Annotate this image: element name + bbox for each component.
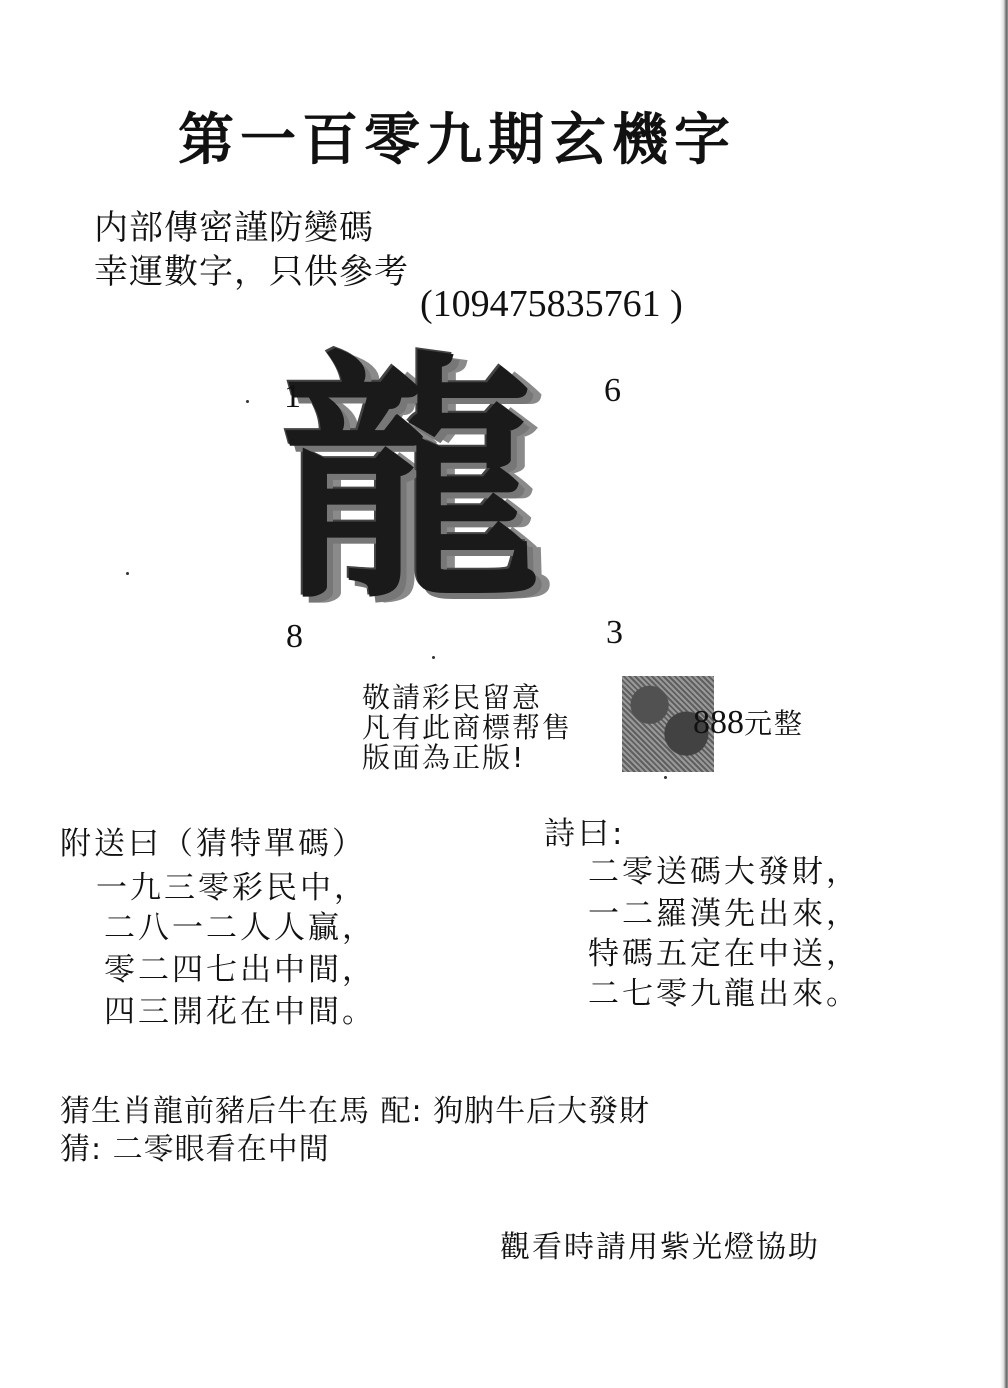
poem-line: 一二羅漢先出來， (588, 888, 860, 933)
footer-note: 觀看時請用紫光燈協助 (500, 1222, 820, 1266)
poem-line: 特碼五定在中送， (588, 928, 860, 973)
scan-speck (246, 400, 249, 403)
corner-number-top-right: 6 (604, 372, 621, 410)
scan-speck (126, 572, 129, 575)
poem-line: 二七零九龍出來。 (588, 968, 860, 1013)
scan-edge-shadow (1000, 0, 1008, 1388)
gift-verse-line: 四三開花在中間。 (104, 986, 376, 1031)
price-amount: 888 (693, 704, 744, 741)
intro-line-1: 内部傳密謹防變碼 (94, 200, 374, 249)
notice-line-3: 版面為正版! (362, 736, 525, 776)
poem-line: 二零送碼大發財， (588, 846, 860, 891)
intro-line-2: 幸運數字，只供參考 (94, 244, 409, 293)
notice-price: 888元整 (693, 702, 804, 742)
corner-number-bottom-right: 3 (606, 614, 623, 652)
guess-line-2: 猜: 二零眼看在中間 (60, 1124, 330, 1168)
dragon-char: 龍 (280, 352, 540, 612)
gift-verse-heading: 附送曰（猜特單碼） (60, 818, 366, 863)
price-suffix: 元整 (744, 707, 804, 740)
gift-verse-line: 二八一二人人贏， (104, 902, 376, 947)
corner-number-top-left: 1 (284, 378, 301, 416)
dragon-figure: 龍 龍 (270, 370, 610, 640)
corner-number-bottom-left: 8 (286, 618, 303, 656)
gift-verse-line: 一九三零彩民中， (96, 862, 368, 907)
scan-speck (432, 656, 435, 659)
document-title: 第一百零九期玄機字 (178, 96, 736, 176)
scan-speck (664, 776, 667, 779)
lucky-numbers: (109475835761 ) (420, 282, 683, 326)
gift-verse-line: 零二四七出中間， (104, 944, 376, 989)
